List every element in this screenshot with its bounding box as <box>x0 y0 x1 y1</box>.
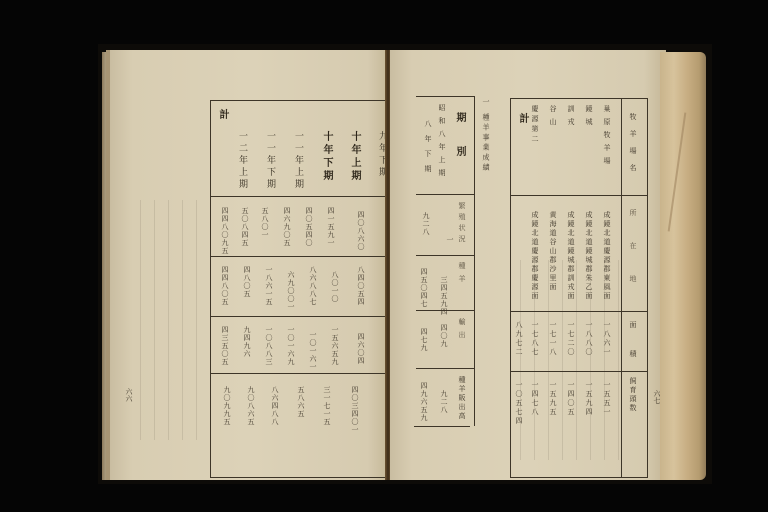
row-divider <box>416 255 474 256</box>
farm-area: 一七一八 <box>549 321 556 357</box>
cell: 三一七一五 <box>323 386 330 426</box>
total-label: 計 <box>517 113 527 126</box>
cell: 九四九六 <box>243 326 250 358</box>
period-header: 十年上期 <box>349 131 359 183</box>
column-label: 繁殖状況 <box>458 202 465 246</box>
farm-name: 訓戎 <box>567 105 574 131</box>
page-number-left: 六六 <box>124 388 134 402</box>
cell: 五〇八四五 <box>241 207 248 247</box>
header-farm-name: 牧羊場名 <box>629 113 636 181</box>
cell: 九二八 <box>440 390 447 414</box>
farm-area: 一七八七 <box>531 321 538 357</box>
cell: 九〇八六五 <box>247 386 254 426</box>
row-divider <box>416 194 474 195</box>
cell: 四三五〇五 <box>221 326 228 366</box>
farm-head-count: 一五九四 <box>585 381 592 417</box>
column-label: 輸出 <box>458 318 465 344</box>
cell: 五八〇一 <box>261 207 268 239</box>
cell: 四七九 <box>420 328 427 352</box>
period-label: 昭和八年上期 <box>438 104 445 182</box>
cell: 四六九〇五 <box>283 207 290 247</box>
cell: 八六四八八 <box>271 386 278 426</box>
left-page: 六六 計 一二年上期 一一年下期 一一年上期 十年下期 十年上期 九年下期 九年… <box>106 50 390 480</box>
period-header: 一二年上期 <box>237 131 246 191</box>
sheep-farm-table: 牧羊場名 所在地 面積 飼育頭数 計 巢原牧羊場 鏡城 訓戎 谷山 慶源第二 成… <box>510 98 648 478</box>
cell: 四五〇四七 <box>420 268 427 308</box>
farm-head-count-total: 一〇五七四 <box>515 381 522 426</box>
farm-name: 慶源第二 <box>531 105 538 145</box>
col-divider <box>474 96 475 426</box>
cell: 八〇一〇 <box>331 271 338 303</box>
column-label: 種羊販出高 <box>458 376 465 421</box>
cell: 四〇五四〇 <box>305 207 312 247</box>
farm-area: 一八六一 <box>603 321 610 357</box>
farm-area: 一七二〇 <box>567 321 574 357</box>
farm-head-count: 一四七八 <box>531 381 538 417</box>
cell: 八四〇五四 <box>357 266 364 306</box>
header-area: 面積 <box>629 321 636 379</box>
period-header: 一一年上期 <box>293 131 302 191</box>
cell: 一五六五九 <box>331 326 338 366</box>
section-title: 一 種羊事業成績 <box>482 98 489 173</box>
farm-location: 黄海道谷山郡沙里面 <box>549 211 556 292</box>
cell: 三四五九四 <box>440 276 447 316</box>
farm-head-count: 一四〇五 <box>567 381 574 417</box>
cell: 六九〇〇一 <box>287 271 294 311</box>
farm-head-count: 一五九五 <box>549 381 556 417</box>
row-divider <box>416 368 474 369</box>
period-header: 期別 <box>454 112 464 180</box>
farm-location: 成鏡北道慶源郡東風面 <box>603 211 610 301</box>
period-header: 十年下期 <box>321 131 331 183</box>
farm-head-count: 一五五一 <box>603 381 610 417</box>
cell: 四〇九 <box>440 324 447 348</box>
cell: 一 <box>446 236 453 244</box>
cell: 九〇九九五 <box>223 386 230 426</box>
cell: 一〇一六九 <box>287 326 294 366</box>
farm-name: 巢原牧羊場 <box>603 105 610 170</box>
farm-name: 谷山 <box>549 105 556 131</box>
row-divider <box>511 311 647 312</box>
right-page: 期別 昭和八年上期 八年下期 繁殖状況 九二八 一 種羊 四五〇四七 三四五九四… <box>390 50 666 480</box>
row-divider <box>511 371 647 372</box>
book-fore-edge <box>660 52 706 480</box>
total-label: 計 <box>217 109 227 122</box>
show-through-text <box>140 200 210 440</box>
cell: 五八六五 <box>297 386 304 418</box>
table-bottom-rule <box>414 426 470 427</box>
table-top-rule <box>416 96 474 97</box>
cell: 九二八 <box>422 212 429 236</box>
farm-location: 成鏡北道鏡城郡訓戎面 <box>567 211 574 301</box>
column-label: 種羊 <box>458 262 465 288</box>
header-location: 所在地 <box>629 209 636 308</box>
farm-location: 成鏡北道慶源郡慶源面 <box>531 211 538 301</box>
farm-area: 一八八〇 <box>585 321 592 357</box>
cell: 四六〇四 <box>357 333 364 365</box>
col-divider <box>621 99 622 477</box>
row-divider <box>511 195 647 196</box>
farm-name: 鏡城 <box>585 105 592 131</box>
cell: 四一五九一 <box>327 207 334 247</box>
cell: 一〇一六一 <box>309 331 316 371</box>
period-label: 八年下期 <box>424 120 431 180</box>
cell: 一〇八八三 <box>265 326 272 366</box>
cell: 一八六一五 <box>265 266 272 306</box>
period-header: 一一年下期 <box>265 131 274 191</box>
cell: 四〇八六〇 <box>357 211 364 251</box>
cell: 四九六五九 <box>420 382 427 422</box>
cell: 四四八〇五 <box>221 266 228 306</box>
cell: 四四八〇九五 <box>221 207 228 255</box>
farm-location: 成鏡北道鏡城郡朱乙面 <box>585 211 592 301</box>
cell: 四〇三四〇一 <box>351 386 358 434</box>
cell: 八六八八七 <box>309 266 316 306</box>
farm-area-total: 八九七二 <box>515 321 522 357</box>
header-head-count: 飼育頭数 <box>629 377 636 413</box>
cell: 四八〇五 <box>243 266 250 298</box>
